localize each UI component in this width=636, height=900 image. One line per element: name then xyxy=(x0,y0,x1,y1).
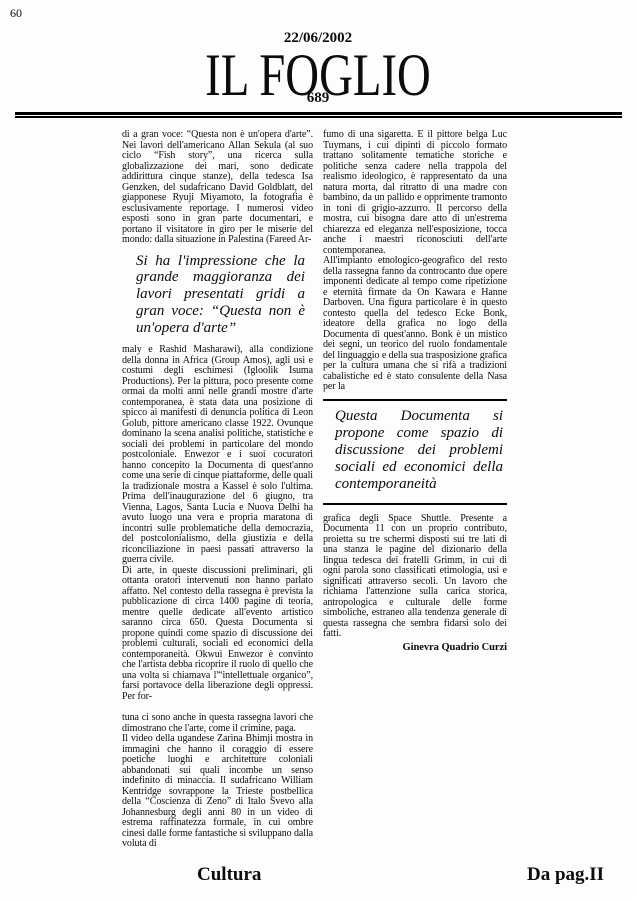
article-paragraph: All'impianto etnologico-geografico del r… xyxy=(323,256,507,393)
article-paragraph: Di arte, in queste discussioni prelimina… xyxy=(122,566,313,703)
page-reference: Da pag.II xyxy=(527,864,604,886)
article-paragraph: tuna ci sono anche in questa rassegna la… xyxy=(122,713,313,734)
article-paragraph: Il video della ugandese Zarina Bhimji mo… xyxy=(122,734,313,850)
byline: Ginevra Quadrio Curzi xyxy=(323,642,507,653)
section-label: Cultura xyxy=(197,864,261,886)
corner-page-number: 60 xyxy=(10,6,22,21)
article-body: di a gran voce: “Questa non è un'opera d… xyxy=(122,130,507,850)
pull-quote-right: Questa Documenta si propone come spazio … xyxy=(323,399,507,505)
header-rule xyxy=(15,112,622,118)
right-column: fumo di una sigaretta. E il pittore belg… xyxy=(323,130,507,850)
issue-number: 689 xyxy=(0,90,636,107)
article-paragraph: fumo di una sigaretta. E il pittore belg… xyxy=(323,130,507,256)
newspaper-clipping-page: 60 22/06/2002 IL FOGLIO 689 di a gran vo… xyxy=(0,0,636,900)
article-paragraph: di a gran voce: “Questa non è un'opera d… xyxy=(122,130,313,246)
left-column: di a gran voce: “Questa non è un'opera d… xyxy=(122,130,313,850)
article-paragraph: grafica degli Space Shuttle. Presente a … xyxy=(323,514,507,640)
pull-quote-left: Si ha l'impressione che la grande maggio… xyxy=(122,246,313,346)
article-paragraph: maly e Rashid Masharawi), alla condizion… xyxy=(122,345,313,566)
